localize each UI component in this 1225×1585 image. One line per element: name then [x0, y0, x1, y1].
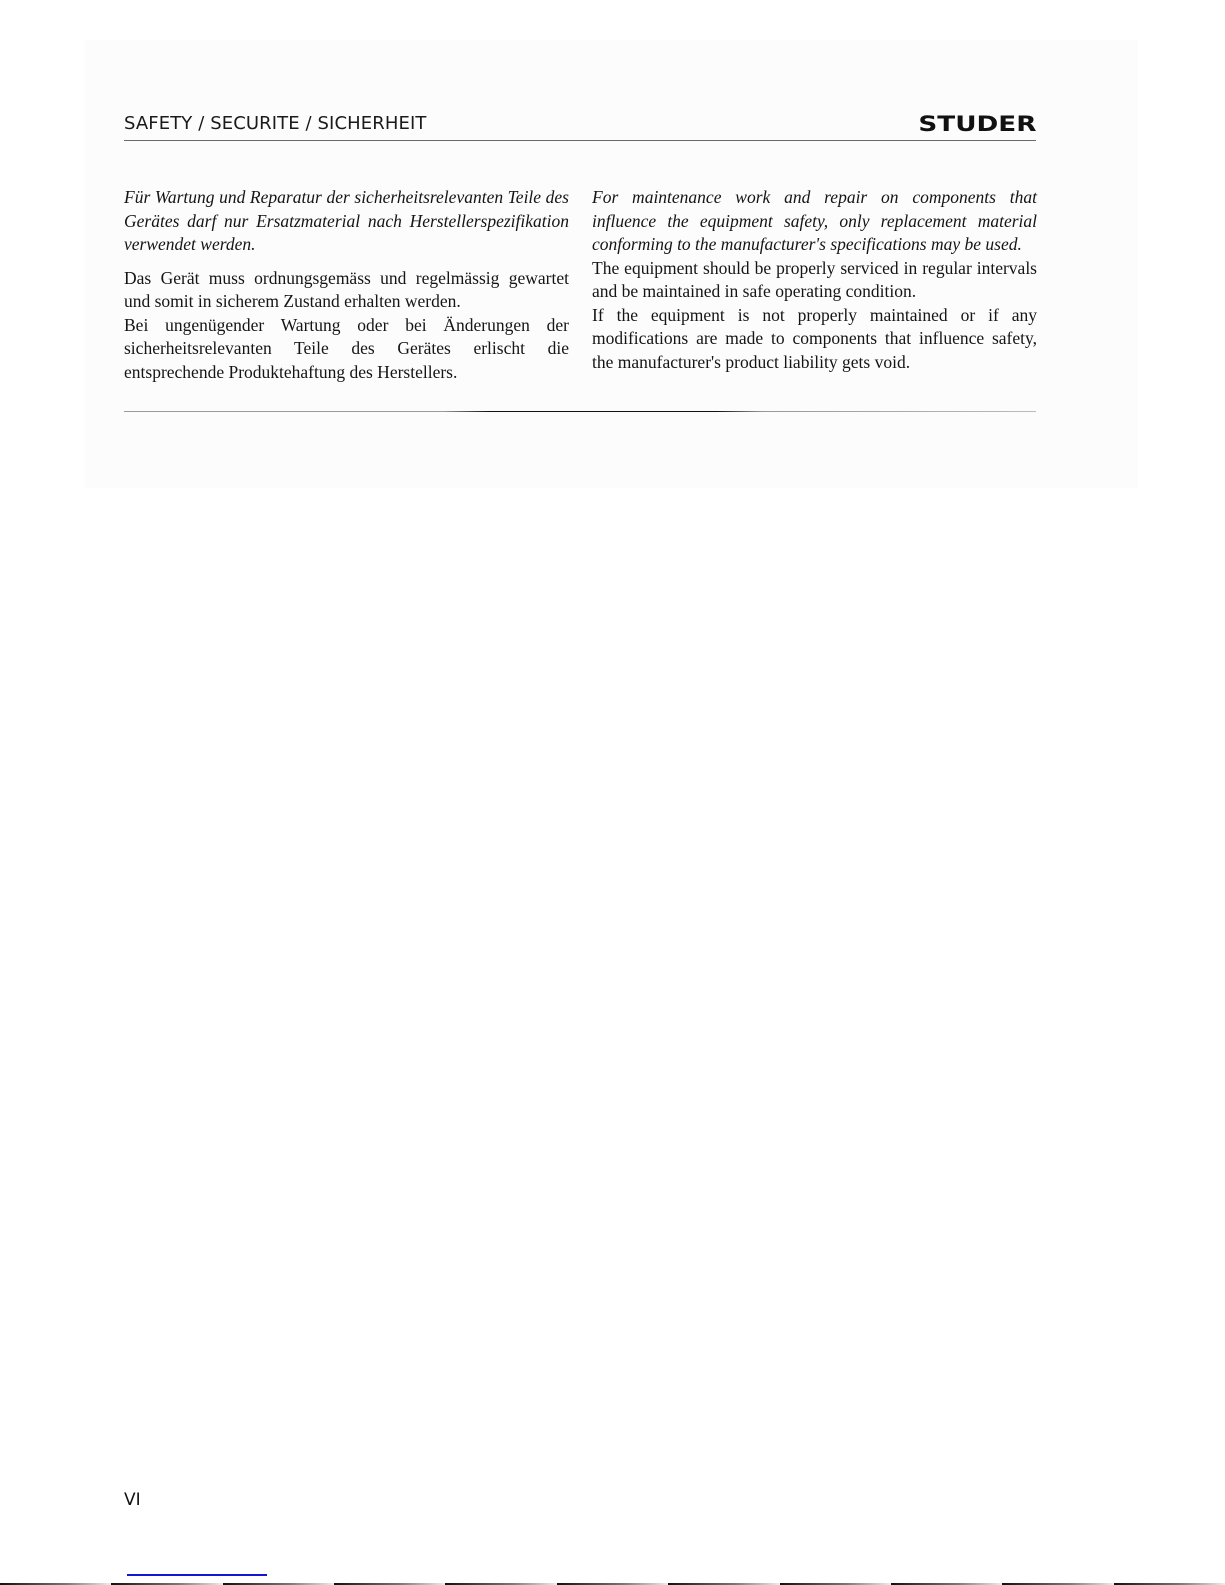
- english-paragraph-2: If the equipment is not properly maintai…: [592, 304, 1037, 375]
- studer-logo: STUDER: [918, 112, 1036, 136]
- english-paragraph-1: The equipment should be properly service…: [592, 257, 1037, 304]
- german-paragraph-2: Bei ungenügender Wartung oder bei Änderu…: [124, 314, 569, 385]
- link-underline[interactable]: [127, 1574, 267, 1576]
- english-italic-paragraph: For maintenance work and repair on compo…: [592, 186, 1037, 257]
- header-divider: [124, 140, 1036, 141]
- english-column: For maintenance work and repair on compo…: [592, 186, 1037, 374]
- content-divider: [124, 411, 1036, 412]
- section-title: SAFETY / SECURITE / SICHERHEIT: [124, 113, 426, 134]
- page-header: SAFETY / SECURITE / SICHERHEIT STUDER: [124, 110, 1036, 144]
- german-column: Für Wartung und Reparatur der sicherheit…: [124, 186, 569, 384]
- page-number: VI: [124, 1490, 141, 1510]
- german-italic-paragraph: Für Wartung und Reparatur der sicherheit…: [124, 186, 569, 257]
- german-paragraph-1: Das Gerät muss ordnungsgemäss und regelm…: [124, 267, 569, 314]
